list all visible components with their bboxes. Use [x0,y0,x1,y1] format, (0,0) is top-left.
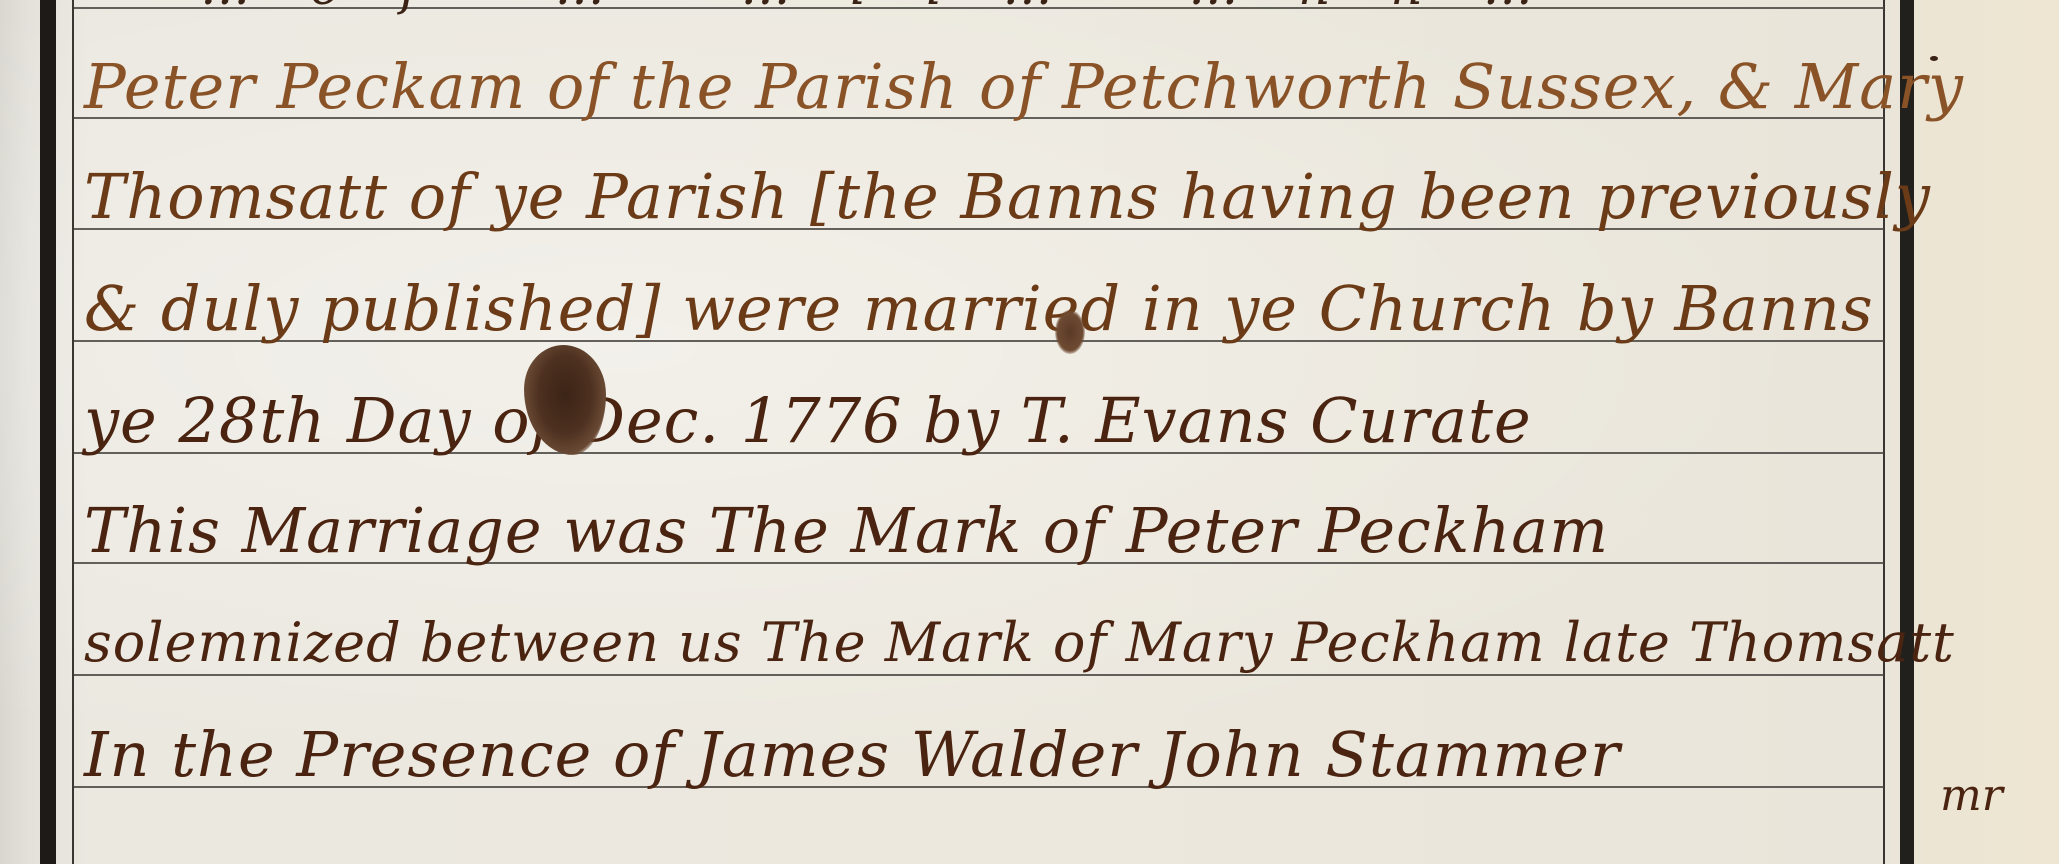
right-margin-rule [1883,0,1885,864]
right-margin-border [1900,0,1914,864]
entry-line-1: Peter Peckam of the Parish of Petchworth… [84,52,1874,122]
entry-line-5: This Marriage was The Mark of Peter Peck… [84,496,1874,566]
ink-blot [1055,310,1085,354]
entry-line-4: ye 28th Day of Dec. 1776 by T. Evans Cur… [84,386,1874,456]
previous-entry-fragment: …of … …ll… …nn… [200,0,1593,16]
left-margin-border [40,0,56,864]
ink-dot [1930,56,1938,61]
register-page: …of … …ll… …nn… Peter Peckam of the Pari… [0,0,2059,864]
entry-line-7: In the Presence of James Walder John Sta… [84,720,1874,790]
entry-line-6: solemnized between us The Mark of Mary P… [84,608,1874,678]
margin-note: mr [1940,770,2003,821]
left-margin-rule [72,0,74,864]
entry-line-3: & duly published] were married in ye Chu… [84,274,1874,344]
entry-line-2: Thomsatt of ye Parish [the Banns having … [84,162,1874,232]
